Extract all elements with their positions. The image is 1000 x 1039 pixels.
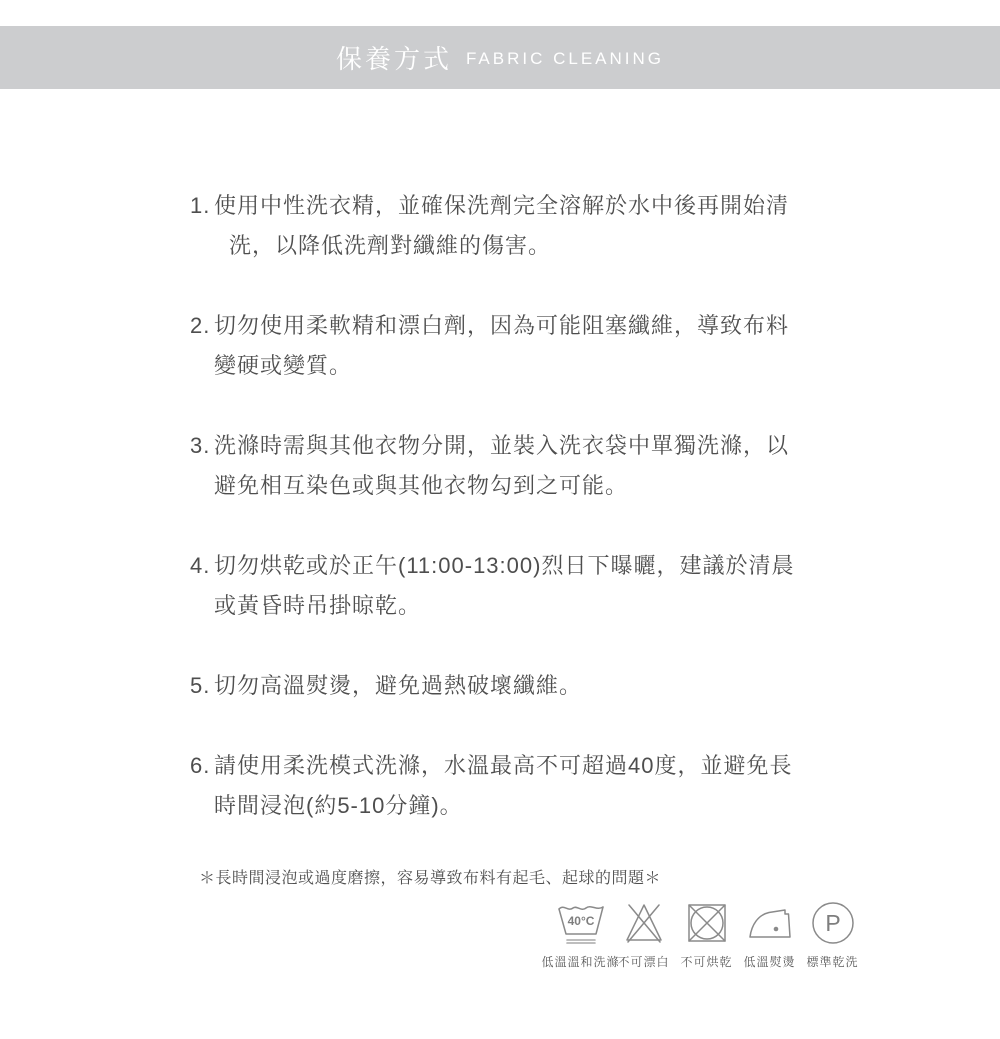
- no-bleach-icon: [620, 897, 668, 949]
- care-instruction-1: 1. 使用中性洗衣精，並確保洗劑完全溶解於水中後再開始清 洗，以降低洗劑對纖維的…: [190, 186, 850, 266]
- care-symbol-no-tumble-dry: 不可烘乾: [675, 897, 738, 970]
- instruction-text: 變硬或變質。: [214, 346, 850, 386]
- care-instruction-4: 4. 切勿烘乾或於正午(11:00-13:00)烈日下曝曬，建議於清晨 或黃昏時…: [190, 546, 850, 626]
- care-instruction-6: 6. 請使用柔洗模式洗滌，水溫最高不可超過40度，並避免長 時間浸泡(約5-10…: [190, 746, 850, 826]
- care-symbol-label: 標準乾洗: [806, 953, 858, 970]
- iron-low-heat-icon: [747, 897, 793, 949]
- care-symbol-label: 低溫溫和洗滌: [542, 953, 620, 970]
- item-number: 1.: [190, 186, 214, 266]
- instruction-text: 洗，以降低洗劑對纖維的傷害。: [214, 226, 850, 266]
- care-symbol-label: 不可漂白: [617, 953, 669, 970]
- instruction-text: 時間浸泡(約5-10分鐘)。: [214, 786, 850, 826]
- care-symbol-iron-low: 低溫熨燙: [738, 897, 801, 970]
- section-title-en: FABRIC CLEANING: [466, 46, 664, 69]
- item-number: 6.: [190, 746, 214, 826]
- soaking-warning-note: ＊長時間浸泡或過度磨擦，容易導致布料有起毛、起球的問題＊: [190, 866, 850, 892]
- item-number: 3.: [190, 426, 214, 506]
- instruction-text: 或黃昏時吊掛晾乾。: [214, 586, 850, 626]
- instruction-text: 請使用柔洗模式洗滌，水溫最高不可超過40度，並避免長: [214, 746, 850, 786]
- instruction-text: 切勿烘乾或於正午(11:00-13:00)烈日下曝曬，建議於清晨: [214, 546, 850, 586]
- care-symbols-row: 40°C 低溫溫和洗滌 不可漂白 不可烘乾: [549, 897, 864, 970]
- care-symbol-label: 不可烘乾: [680, 953, 732, 970]
- care-instruction-2: 2. 切勿使用柔軟精和漂白劑，因為可能阻塞纖維，導致布料 變硬或變質。: [190, 306, 850, 386]
- dry-clean-p-icon: P: [810, 897, 856, 949]
- wash-temp-label: 40°C: [567, 914, 594, 928]
- item-number: 4.: [190, 546, 214, 626]
- section-header-banner: 保養方式 FABRIC CLEANING: [0, 26, 1000, 89]
- care-instruction-5: 5. 切勿高溫熨燙，避免過熱破壞纖維。: [190, 666, 850, 706]
- care-symbol-no-bleach: 不可漂白: [612, 897, 675, 970]
- item-number: 2.: [190, 306, 214, 386]
- instruction-text: 使用中性洗衣精，並確保洗劑完全溶解於水中後再開始清: [214, 186, 850, 226]
- item-number: 5.: [190, 666, 214, 706]
- section-title-zh: 保養方式: [336, 39, 452, 76]
- care-instruction-3: 3. 洗滌時需與其他衣物分開，並裝入洗衣袋中單獨洗滌，以 避免相互染色或與其他衣…: [190, 426, 850, 506]
- instruction-text: 切勿使用柔軟精和漂白劑，因為可能阻塞纖維，導致布料: [214, 306, 850, 346]
- instruction-text: 洗滌時需與其他衣物分開，並裝入洗衣袋中單獨洗滌，以: [214, 426, 850, 466]
- no-tumble-dry-icon: [685, 897, 729, 949]
- instruction-text: 切勿高溫熨燙，避免過熱破壞纖維。: [214, 666, 850, 706]
- care-instructions-list: 1. 使用中性洗衣精，並確保洗劑完全溶解於水中後再開始清 洗，以降低洗劑對纖維的…: [190, 186, 850, 892]
- care-symbol-dry-clean: P 標準乾洗: [801, 897, 864, 970]
- care-symbol-wash: 40°C 低溫溫和洗滌: [549, 897, 612, 970]
- wash-40-gentle-icon: 40°C: [553, 897, 609, 949]
- dry-clean-letter: P: [825, 910, 840, 936]
- care-symbol-label: 低溫熨燙: [743, 953, 795, 970]
- instruction-text: 避免相互染色或與其他衣物勾到之可能。: [214, 466, 850, 506]
